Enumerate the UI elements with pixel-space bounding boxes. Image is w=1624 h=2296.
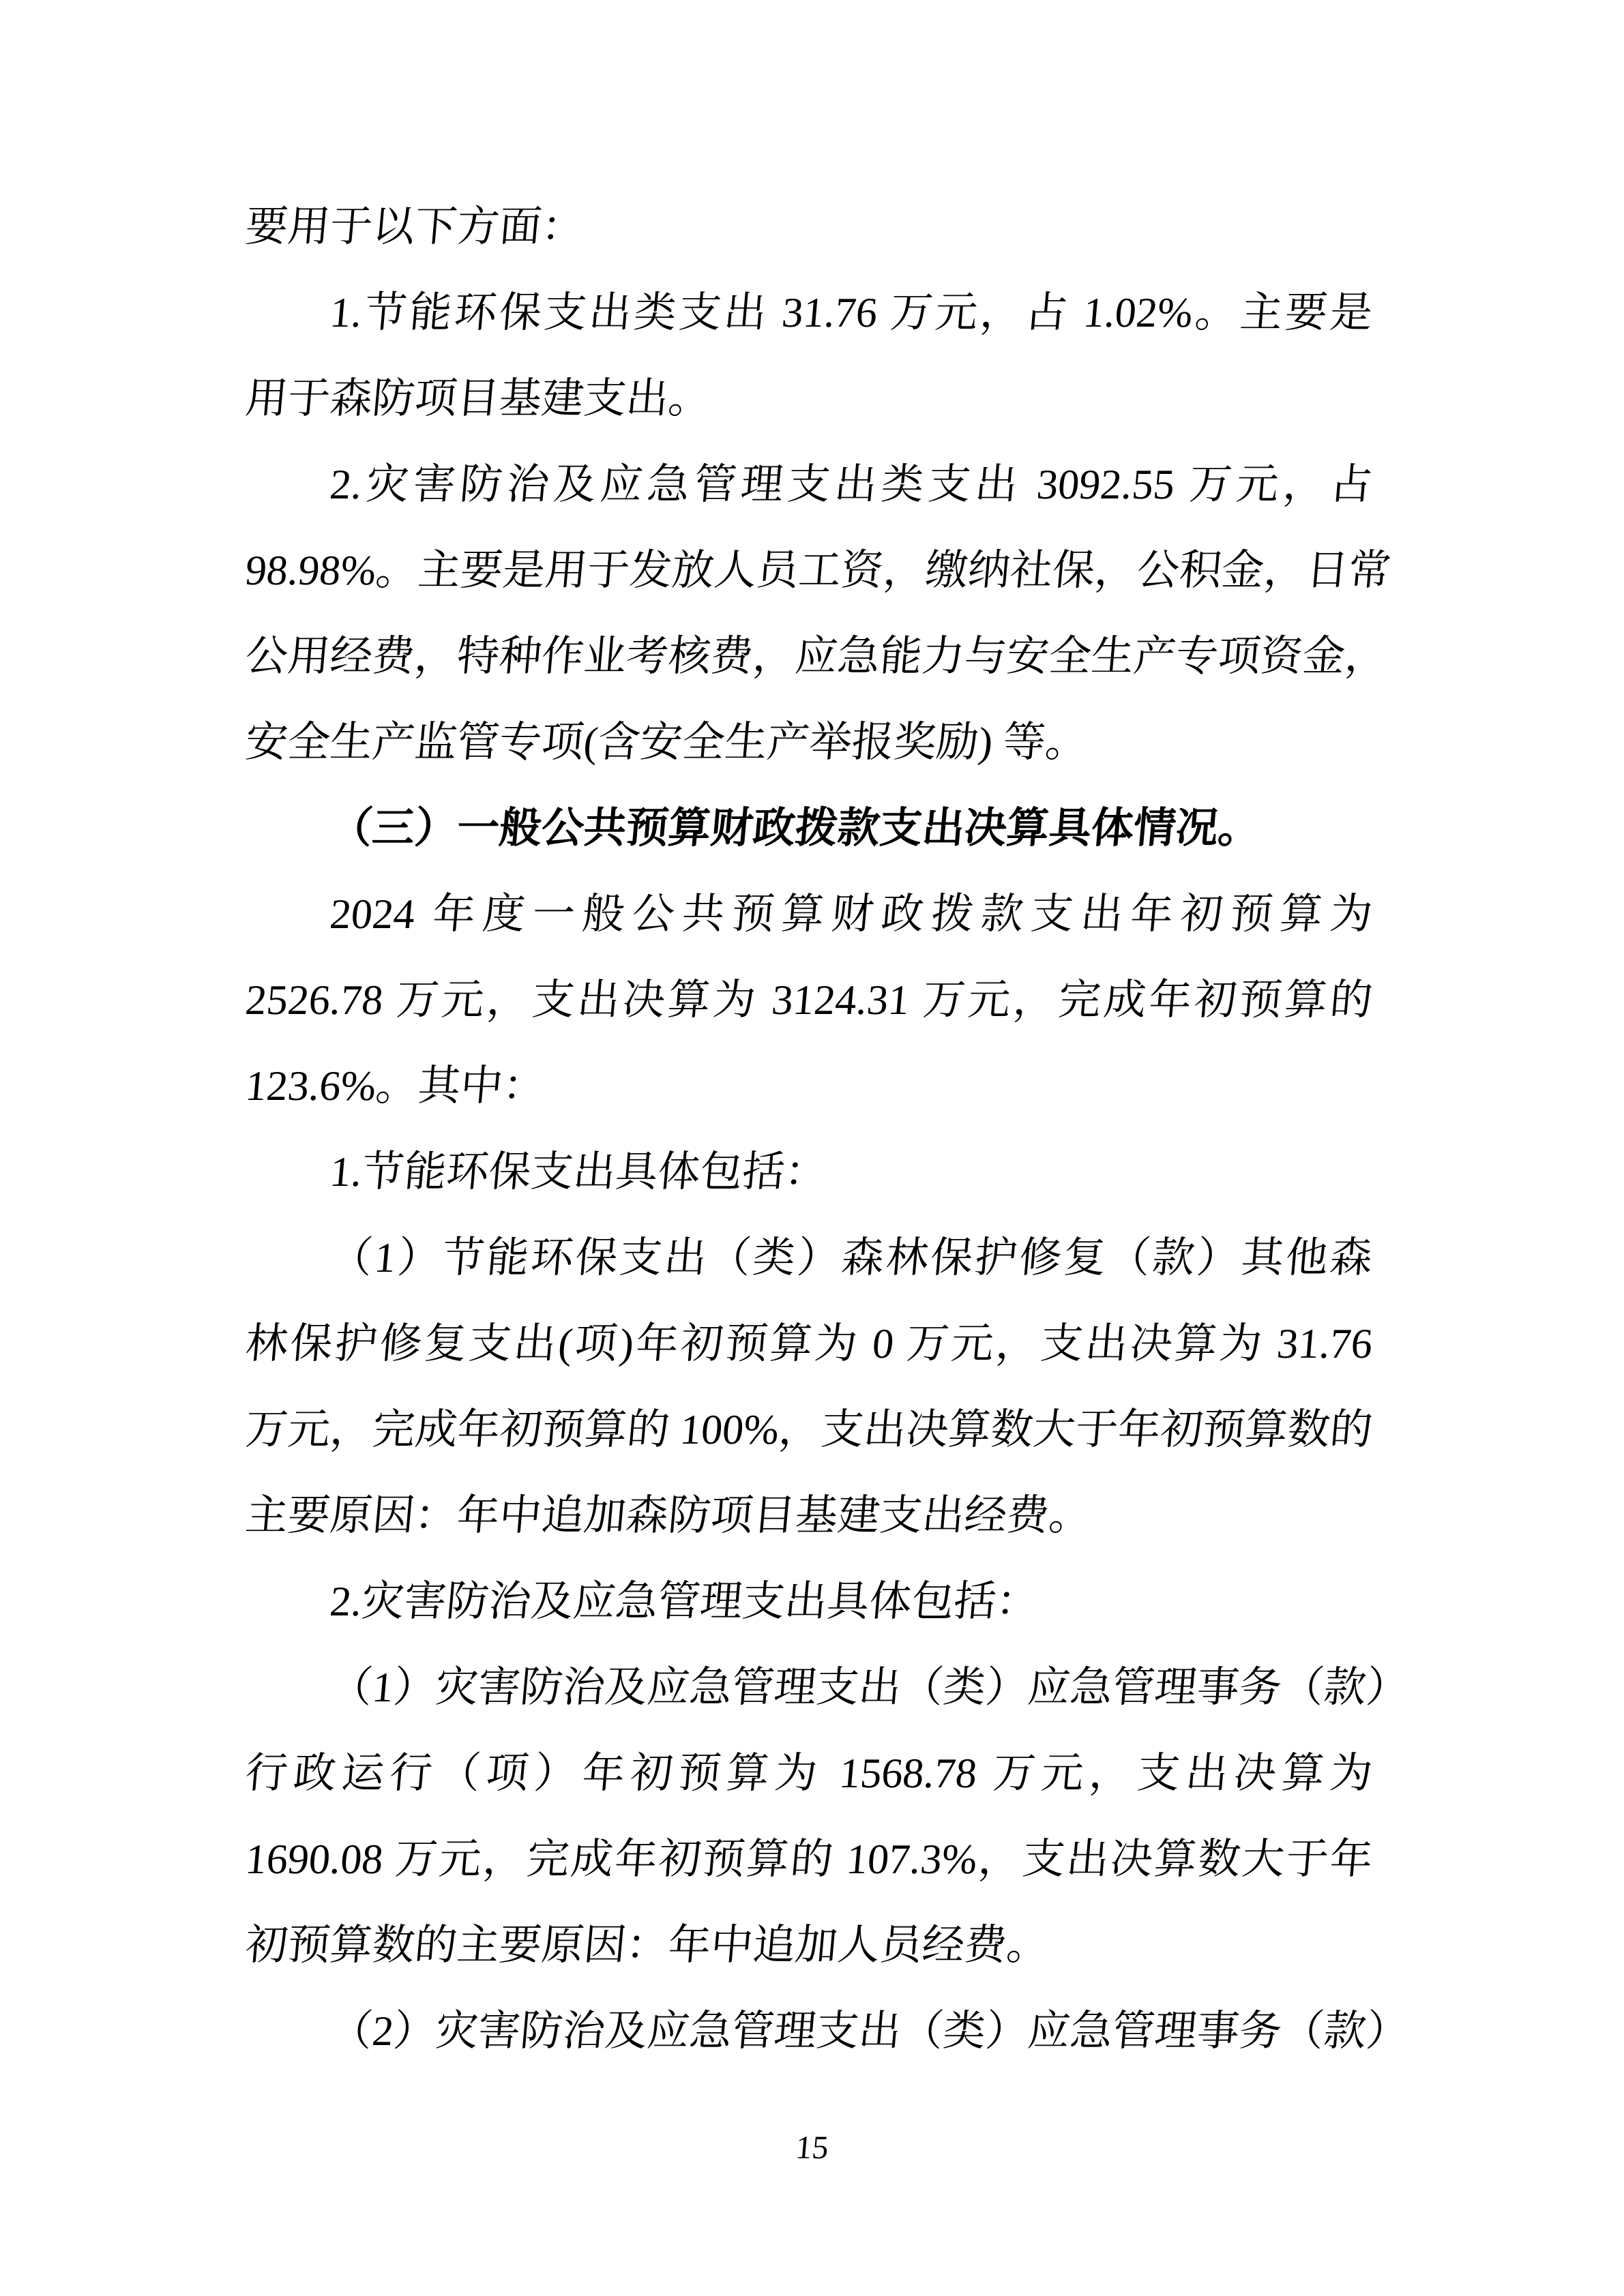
body-text-line: 要用于以下方面：	[241, 184, 1376, 270]
body-text-line: （2）灾害防治及应急管理支出（类）应急管理事务（款）	[241, 1988, 1376, 2074]
page-number: 15	[0, 2132, 1624, 2164]
body-text-line: （1）节能环保支出（类）森林保护修复（款）其他森	[241, 1215, 1376, 1301]
document-page: 要用于以下方面：1.节能环保支出类支出 31.76 万元，占 1.02%。主要是…	[0, 0, 1624, 2296]
section-heading-line: （三）一般公共预算财政拨款支出决算具体情况。	[241, 786, 1376, 871]
document-body: 要用于以下方面：1.节能环保支出类支出 31.76 万元，占 1.02%。主要是…	[246, 184, 1372, 2074]
body-text-line: 1.节能环保支出具体包括：	[241, 1129, 1376, 1215]
body-text-line: 1.节能环保支出类支出 31.76 万元，占 1.02%。主要是	[241, 270, 1376, 356]
body-text-line: 主要原因：年中追加森防项目基建支出经费。	[241, 1473, 1376, 1559]
body-text-line: （1）灾害防治及应急管理支出（类）应急管理事务（款）	[241, 1645, 1376, 1731]
body-text-line: 公用经费，特种作业考核费，应急能力与安全生产专项资金，	[241, 614, 1376, 700]
body-text-line: 2526.78 万元，支出决算为 3124.31 万元，完成年初预算的	[241, 957, 1376, 1043]
body-text-line: 行政运行（项）年初预算为 1568.78 万元，支出决算为	[241, 1731, 1376, 1817]
body-text-line: 初预算数的主要原因：年中追加人员经费。	[241, 1903, 1376, 1988]
body-text-line: 123.6%。其中：	[241, 1043, 1376, 1129]
body-text-line: 林保护修复支出(项)年初预算为 0 万元，支出决算为 31.76	[241, 1301, 1376, 1387]
body-text-line: 1690.08 万元，完成年初预算的 107.3%，支出决算数大于年	[241, 1817, 1376, 1903]
body-text-line: 2.灾害防治及应急管理支出具体包括：	[241, 1559, 1376, 1645]
body-text-line: 2024 年度一般公共预算财政拨款支出年初预算为	[241, 871, 1376, 957]
body-text-line: 万元，完成年初预算的 100%，支出决算数大于年初预算数的	[241, 1387, 1376, 1473]
body-text-line: 用于森防项目基建支出。	[241, 356, 1376, 442]
body-text-line: 安全生产监管专项(含安全生产举报奖励) 等。	[241, 700, 1376, 786]
body-text-line: 98.98%。主要是用于发放人员工资，缴纳社保，公积金，日常	[241, 528, 1376, 614]
body-text-line: 2.灾害防治及应急管理支出类支出 3092.55 万元，占	[241, 442, 1376, 528]
